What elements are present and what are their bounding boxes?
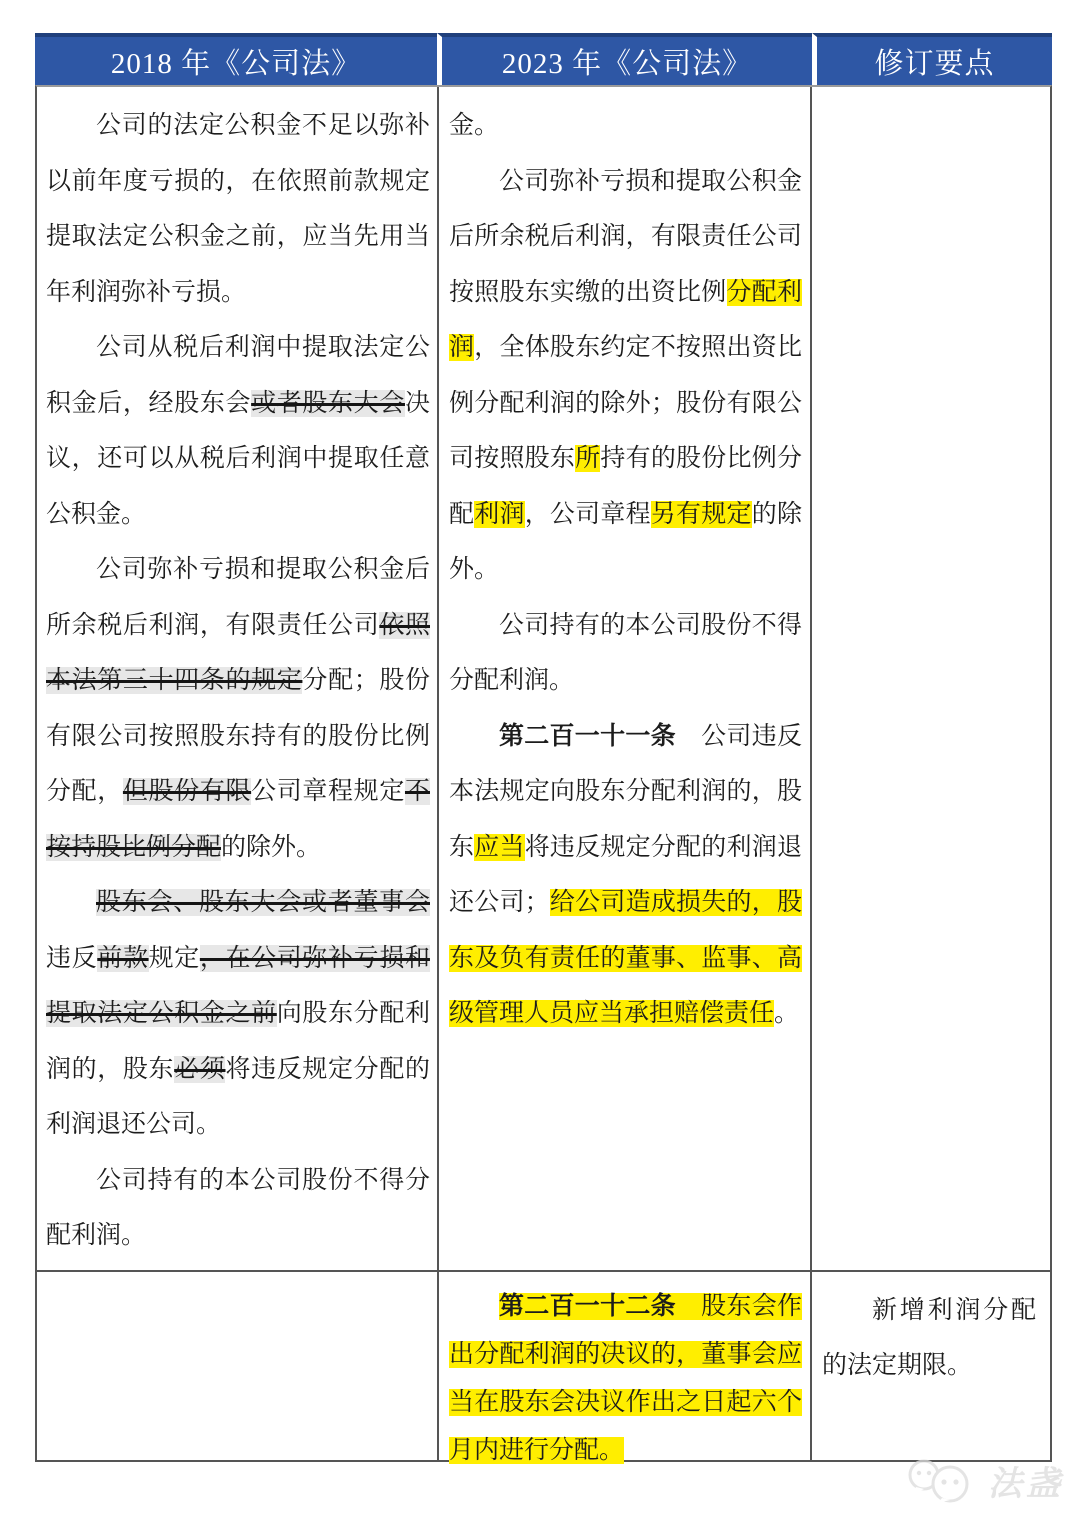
cell-col2023: 第二百一十二条 股东会作出分配利润的决议的，董事会应当在股东会决议作出之日起六个… bbox=[437, 1272, 810, 1460]
deleted-text: 前款 bbox=[97, 945, 148, 972]
paragraph: 公司持有的本公司股份不得分配利润。 bbox=[46, 1153, 430, 1264]
table-body: 公司的法定公积金不足以弥补以前年度亏损的，在依照前款规定提取法定公积金之前，应当… bbox=[35, 85, 1052, 1462]
text-run: 规定 bbox=[149, 945, 200, 972]
header-cell-2018: 2018 年《公司法》 bbox=[35, 33, 437, 85]
watermark: 法盏 bbox=[902, 1456, 1064, 1505]
cell-col2018 bbox=[37, 1272, 437, 1460]
highlighted-text: 利润 bbox=[474, 501, 524, 528]
header-label-2018: 2018 年《公司法》 bbox=[111, 41, 361, 82]
watermark-label: 法盏 bbox=[988, 1456, 1064, 1505]
text-run: 公司持有的本公司股份不得分配利润。 bbox=[449, 612, 802, 695]
article-number: 第二百一十一条 bbox=[499, 723, 676, 750]
paragraph: 第二百一十二条 股东会作出分配利润的决议的，董事会应当在股东会决议作出之日起六个… bbox=[449, 1283, 802, 1475]
text-run: 新增利润分配的法定期限。 bbox=[822, 1297, 1036, 1379]
article-number: 第二百一十二条 bbox=[499, 1293, 676, 1320]
text-run: ，公司章程 bbox=[525, 501, 651, 528]
header-label-notes: 修订要点 bbox=[874, 41, 994, 82]
text-run: 配 bbox=[449, 501, 474, 528]
text-run: 持有的股份比例分 bbox=[600, 445, 802, 472]
cell-notes bbox=[810, 87, 1046, 1270]
paragraph: 公司持有的本公司股份不得分配利润。 bbox=[449, 598, 802, 709]
paragraph: 第二百一十一条 公司违反本法规定向股东分配利润的，股东应当将违反规定分配的利润退… bbox=[449, 709, 802, 1042]
text-run: 违反 bbox=[46, 945, 97, 972]
text-run: 公司持有的本公司股份不得分配利润。 bbox=[46, 1167, 430, 1250]
document-page: 2018 年《公司法》 2023 年《公司法》 修订要点 公司的法定公积金不足以… bbox=[0, 0, 1080, 1527]
header-cell-2023: 2023 年《公司法》 bbox=[437, 33, 812, 85]
text-run: 公司的法定公积金不足以弥补以前年度亏损的，在依照前款规定提取法定公积金之前，应当… bbox=[46, 112, 430, 306]
highlighted-text: 所 bbox=[575, 445, 600, 472]
header-cell-notes: 修订要点 bbox=[812, 33, 1052, 85]
paragraph: 公司弥补亏损和提取公积金后所余税后利润，有限责任公司按照股东实缴的出资比例分配利… bbox=[449, 154, 802, 598]
deleted-text: 但股份有限 bbox=[123, 778, 251, 805]
paragraph: 股东会、股东大会或者董事会违反前款规定，在公司弥补亏损和提取法定公积金之前向股东… bbox=[46, 875, 430, 1153]
text-run: 。 bbox=[774, 1000, 799, 1027]
text-run: 金。 bbox=[449, 112, 499, 139]
paragraph: 新增利润分配的法定期限。 bbox=[822, 1283, 1036, 1393]
paragraph: 金。 bbox=[449, 98, 802, 154]
cell-col2023: 金。公司弥补亏损和提取公积金后所余税后利润，有限责任公司按照股东实缴的出资比例分… bbox=[437, 87, 810, 1270]
text-run: 公司章程规定 bbox=[251, 778, 405, 805]
header-label-2023: 2023 年《公司法》 bbox=[502, 41, 752, 82]
deleted-text: 或者股东大会 bbox=[251, 390, 405, 417]
cell-notes: 新增利润分配的法定期限。 bbox=[810, 1272, 1046, 1460]
text-run: 的除外。 bbox=[221, 834, 321, 861]
cell-col2018: 公司的法定公积金不足以弥补以前年度亏损的，在依照前款规定提取法定公积金之前，应当… bbox=[37, 87, 437, 1270]
paragraph: 公司从税后利润中提取法定公积金后，经股东会或者股东大会决议，还可以从税后利润中提… bbox=[46, 320, 430, 542]
table-row: 公司的法定公积金不足以弥补以前年度亏损的，在依照前款规定提取法定公积金之前，应当… bbox=[37, 87, 1050, 1270]
table-row: 第二百一十二条 股东会作出分配利润的决议的，董事会应当在股东会决议作出之日起六个… bbox=[37, 1270, 1050, 1460]
paragraph: 公司弥补亏损和提取公积金后所余税后利润，有限责任公司依照本法第三十四条的规定分配… bbox=[46, 542, 430, 875]
highlighted-text: 另有规定 bbox=[651, 501, 752, 528]
deleted-text: 股东会、股东大会或者董事会 bbox=[96, 889, 430, 916]
law-comparison-table: 2018 年《公司法》 2023 年《公司法》 修订要点 公司的法定公积金不足以… bbox=[35, 33, 1052, 1462]
table-header: 2018 年《公司法》 2023 年《公司法》 修订要点 bbox=[35, 33, 1052, 85]
paragraph: 公司的法定公积金不足以弥补以前年度亏损的，在依照前款规定提取法定公积金之前，应当… bbox=[46, 98, 430, 320]
text-run: 公司弥补亏损和提取公积金后所余税后利润，有限责任公司 bbox=[46, 556, 430, 639]
wechat-bubbles-icon bbox=[902, 1458, 980, 1504]
highlighted-text: 应当 bbox=[474, 834, 524, 861]
deleted-text: 必须 bbox=[174, 1056, 225, 1083]
